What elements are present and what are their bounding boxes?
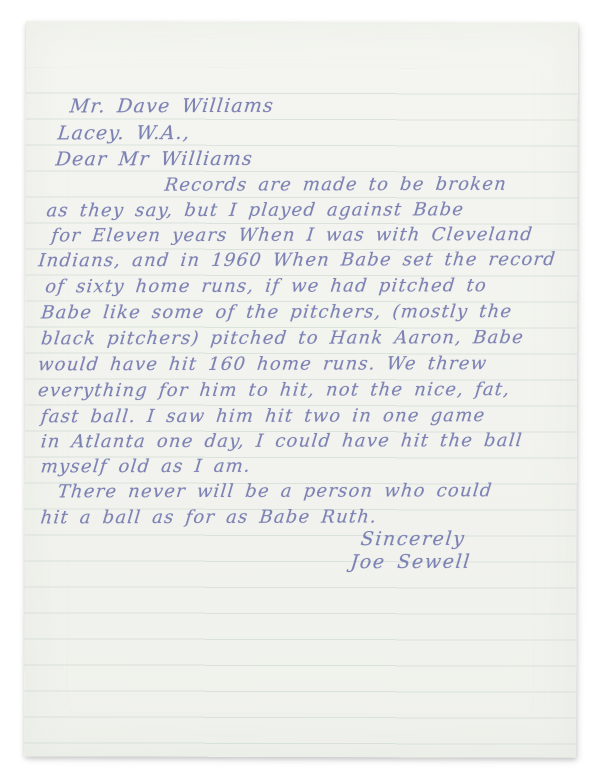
body-line: Records are made to be broken — [164, 174, 509, 196]
signature: Joe Sewell — [350, 551, 473, 573]
body-line: fast ball. I saw him hit two in one game — [40, 405, 487, 427]
body-line: Indians, and in 1960 When Babe set the r… — [37, 249, 557, 271]
body-line: black pitchers) pitched to Hank Aaron, B… — [40, 327, 525, 349]
letter-page: Mr. Dave Williams Lacey. W.A., Dear Mr W… — [24, 21, 578, 757]
salutation: Dear Mr Williams — [55, 148, 255, 171]
body-line: as they say, but I played against Babe — [45, 199, 465, 221]
body-line: would have hit 160 home runs. We threw — [37, 353, 488, 375]
closing: Sincerely — [360, 528, 467, 550]
body-line: There never will be a person who could — [57, 480, 494, 502]
body-line: in Atlanta one day, I could have hit the… — [40, 430, 524, 452]
body-line: for Eleven years When I was with Clevela… — [50, 224, 534, 246]
recipient-city: Lacey. W.A., — [57, 122, 192, 144]
body-line: Babe like some of the pitchers, (mostly … — [40, 301, 513, 323]
body-line: hit a ball as for as Babe Ruth. — [40, 506, 379, 528]
body-line: of sixty home runs, if we had pitched to — [44, 275, 488, 297]
recipient-name: Mr. Dave Williams — [69, 95, 275, 118]
body-line: everything for him to hit, not the nice,… — [37, 379, 511, 401]
body-line: myself old as I am. — [40, 456, 252, 478]
